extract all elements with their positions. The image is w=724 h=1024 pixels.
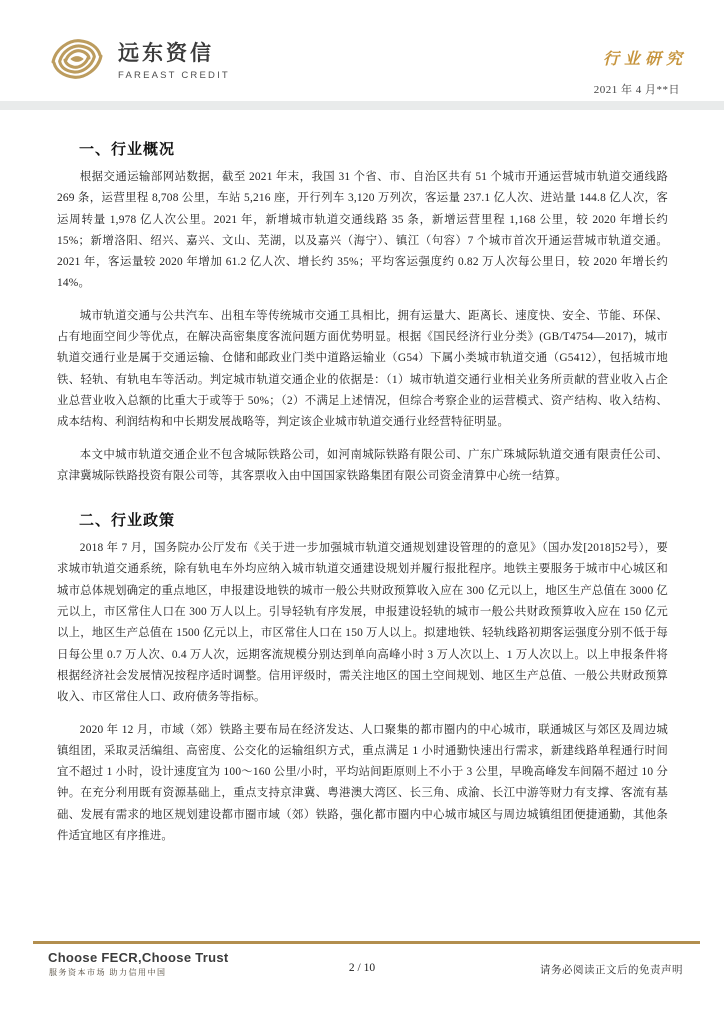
- logo-name-en: FAREAST CREDIT: [118, 70, 230, 81]
- report-page: 远东资信 FAREAST CREDIT 行业研究 2021 年 4 月**日 一…: [0, 0, 724, 1024]
- section-heading-policy: 二、行业政策: [57, 509, 668, 530]
- report-type-label: 行业研究: [603, 46, 687, 69]
- paragraph: 根据交通运输部网站数据，截至 2021 年末，我国 31 个省、市、自治区共有 …: [57, 167, 668, 295]
- footer-gold-rule: [33, 941, 700, 944]
- company-logo: 远东资信 FAREAST CREDIT: [48, 36, 230, 82]
- page-header: 远东资信 FAREAST CREDIT 行业研究 2021 年 4 月**日: [0, 0, 724, 101]
- paragraph: 本文中城市轨道交通企业不包含城际铁路公司，如河南城际铁路有限公司、广东广珠城际轨…: [57, 445, 668, 488]
- fareast-swirl-icon: [48, 36, 106, 82]
- section-heading-overview: 一、行业概况: [57, 138, 668, 159]
- paragraph: 2020 年 12 月，市域（郊）铁路主要布局在经济发达、人口聚集的都市圈内的中…: [57, 720, 668, 848]
- header-divider-band: [0, 101, 724, 110]
- footer-disclaimer: 请务必阅读正文后的免责声明: [540, 962, 683, 977]
- report-date: 2021 年 4 月**日: [594, 81, 680, 97]
- logo-name-cn: 远东资信: [118, 37, 230, 67]
- logo-text: 远东资信 FAREAST CREDIT: [118, 37, 230, 81]
- paragraph: 城市轨道交通与公共汽车、出租车等传统城市交通工具相比，拥有运量大、距离长、速度快…: [57, 306, 668, 434]
- report-body: 一、行业概况 根据交通运输部网站数据，截至 2021 年末，我国 31 个省、市…: [57, 138, 668, 858]
- logo-center-lens: [70, 56, 83, 62]
- paragraph: 2018 年 7 月，国务院办公厅发布《关于进一步加强城市轨道交通规划建设管理的…: [57, 538, 668, 708]
